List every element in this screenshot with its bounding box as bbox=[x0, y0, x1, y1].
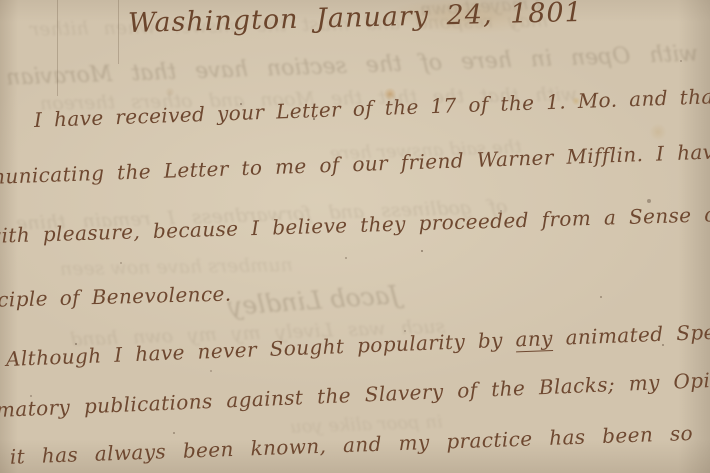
letter-line: nciple of Benevolence. bbox=[0, 282, 232, 312]
paper-speckles bbox=[0, 0, 2, 2]
bleedthrough-text: numbers have now seen bbox=[60, 254, 293, 280]
paper-crease bbox=[118, 0, 119, 64]
paper-crease bbox=[57, 0, 58, 96]
underlined-word: any bbox=[515, 326, 553, 352]
bleedthrough-text: lot of with Open in here of the section … bbox=[6, 38, 710, 90]
letter-page: may respond and must the answer when hit… bbox=[0, 0, 710, 473]
letter-line-segment: animated Speeches bbox=[552, 317, 710, 350]
letter-dateline: Washington January 24, 1801 bbox=[128, 0, 584, 39]
bleedthrough-text: Jacob Lindley bbox=[227, 280, 400, 321]
